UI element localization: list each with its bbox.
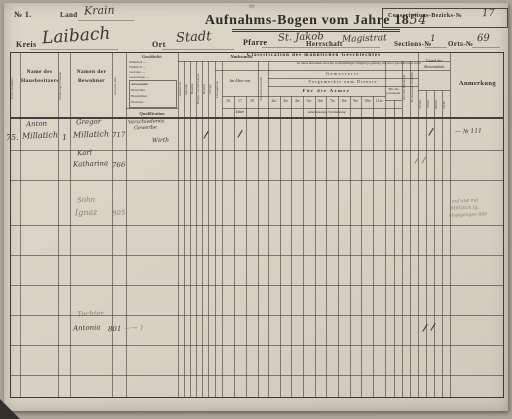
qualbox-title: Geschlecht: (126, 54, 178, 59)
grid-hline (10, 345, 504, 346)
grid-hline (10, 375, 504, 376)
handwriting: 805 (112, 209, 126, 217)
grid-vline (442, 90, 443, 398)
rotated-column-label: Wann (427, 92, 433, 116)
grid-vline (246, 96, 247, 398)
klasse-cell: 9te (350, 98, 362, 103)
grid-hline (162, 49, 234, 50)
qualbox-footer: Qualification (126, 108, 178, 116)
rotated-column-label: Fortl. Nummer (11, 62, 19, 116)
handwriting: 717 (112, 131, 126, 139)
klasse-cell: 2te (268, 98, 280, 103)
handwriting: Gewerbe (134, 125, 157, 132)
handwriting: 1 (62, 133, 67, 142)
ort-label: Ort (152, 40, 166, 49)
klasse-cell: 5te (303, 98, 315, 103)
handwriting: Millatich Ig. (451, 206, 479, 212)
handwriting: 766 (112, 161, 126, 169)
conscription-value: 17 (482, 8, 495, 19)
subtable-row: Hausmütter (131, 94, 174, 98)
qualification-box: Geschlecht: Männlich — Weiblich — Getrau… (126, 52, 178, 118)
grid-vline (350, 96, 351, 398)
grid-hline (78, 20, 134, 21)
handwriting: auf und mit (452, 199, 478, 205)
grid-vline (234, 96, 235, 398)
col-header-anmerkung: Anmerkung (450, 80, 505, 87)
grid-vline (291, 96, 292, 398)
grid-hline (425, 47, 447, 48)
photo-corner (0, 399, 20, 419)
land-value: Krain (84, 3, 115, 17)
klasse-cell: 6te (315, 98, 327, 103)
rotated-column-label: Schutzverwandte (260, 62, 267, 116)
rotated-column-label: Geistliche (179, 62, 184, 116)
ort-value: Stadt (176, 29, 212, 46)
herrschaft-value: Magistrat (342, 33, 387, 45)
col-header-bewohner: Namen der Bewohner (71, 68, 112, 87)
handwriting: Millatich (73, 129, 109, 139)
grid-vline (280, 96, 281, 398)
grid-hline (385, 100, 402, 101)
rotated-column-label: Wohin (419, 92, 425, 116)
conscription-label: Conscriptions-Bezirks-№ (388, 13, 462, 19)
grid-vline (361, 96, 362, 398)
col-header-grund-abwesenheit: Grund der Abwesenheit (418, 58, 450, 71)
grid-hline (472, 47, 500, 48)
subtable-row: Einzelne (131, 100, 174, 104)
kreis-label: Kreis (16, 40, 37, 49)
grid-vline (434, 90, 435, 398)
klasse-cell: 3te (280, 98, 292, 103)
grid-vline (326, 96, 327, 398)
grid-hline (418, 90, 450, 91)
col-header-hausbesitzer: Name des Hausbesitzers (21, 68, 58, 87)
grid-vline (385, 61, 386, 398)
handwriting: Antonia (73, 324, 101, 333)
rotated-column-label: Übrige (209, 62, 214, 116)
klasse-cell: 10te (362, 98, 374, 103)
subtable-row: Hausväter (131, 88, 174, 92)
rotated-column-label: Beamte (191, 62, 196, 116)
orts-number-value: 69 (477, 33, 490, 44)
nachwuchs-age-cells: 161718 (222, 98, 258, 103)
scanned-document: № 1. Land Krain Aufnahms-Bogen vom Jahre… (0, 0, 512, 419)
handwriting: Wirth (152, 137, 169, 145)
handwriting: ~·~ ) (124, 324, 143, 333)
age-cell: 18 (246, 98, 258, 103)
qualbox-row: Weiblich — (129, 65, 175, 69)
handwriting: 801 (108, 325, 122, 333)
handwriting: Tochter (77, 310, 104, 319)
handwriting: Gregor (76, 118, 101, 127)
grid-hline (10, 225, 504, 226)
klasse-cell: 4te (291, 98, 303, 103)
handwriting: Sohn (77, 196, 95, 205)
qualbox-row: Männlich — (129, 60, 175, 64)
subtable-header: Anwesende (131, 82, 174, 86)
col-header-vorgemerkte: Vorgemerkte zum Dienste (268, 79, 418, 84)
rotated-column-label: Weibl. (443, 92, 449, 116)
nachwuchs-jahre: Jahre (222, 109, 258, 114)
grid-hline (10, 255, 504, 256)
grid-vline (373, 96, 374, 398)
sections-value: 1 (430, 34, 436, 44)
form-number: № 1. (14, 10, 32, 19)
grid-vline (338, 96, 339, 398)
klasse-cell: 11te (373, 98, 385, 103)
land-label: Land (60, 11, 78, 19)
grid-vline (315, 96, 316, 398)
qualbox-row: Gestorbene — (129, 75, 175, 79)
grid-vline (303, 96, 304, 398)
grid-hline (10, 180, 504, 181)
grid-hline (30, 49, 118, 50)
age-cell: 17 (234, 98, 246, 103)
nachwuchs-im-alter: Im Alter von (222, 78, 258, 83)
handwriting: Millatich (22, 130, 58, 140)
klasse-cell: 8te (338, 98, 350, 103)
armee-klassen-cells: 2te3te4te5te6te7te8te9te10te11te (268, 98, 385, 103)
col-header-nachwuchs: Nachwuchs (215, 54, 268, 59)
handwriting: Katharina (73, 159, 108, 168)
rotated-column-label: Untaugliche (216, 62, 221, 116)
rotated-column-label: Zur See Dienende (403, 58, 409, 116)
qualbox-subtable: Anwesende Hausväter Hausmütter Einzelne (129, 80, 177, 108)
title-text: Aufnahms-Bogen vom Jahre 18 (205, 13, 410, 28)
handwriting: Karl (77, 149, 92, 158)
grid-hline (222, 96, 385, 97)
grid-vline (394, 100, 395, 398)
rotated-column-label: Geburts-Jahr (114, 56, 124, 116)
grid-vline (258, 61, 259, 398)
handwriting: — № 111 (455, 128, 482, 136)
col-header-armee: Für die Armee (268, 88, 385, 93)
rotated-column-label: Adelige (185, 62, 190, 116)
rotated-column-label: Bürger, Gewerbsleute (197, 62, 202, 116)
qualbox-row: Getraute — (129, 70, 175, 74)
altersklassen-strip: Altersklassige Vormerkung (268, 110, 385, 114)
col-header-landwehr: Für die Landwehr (385, 87, 402, 95)
age-cell: 16 (222, 98, 234, 103)
rotated-column-label: Bauern (203, 62, 208, 116)
handwriting: 75. (6, 133, 19, 142)
pfarre-label: Pfarre (243, 38, 267, 47)
col-header-gemusterte: Gemusterte (268, 71, 418, 76)
grid-hline (10, 285, 504, 286)
handwriting: ≈ (248, 2, 256, 12)
grid-hline (262, 47, 380, 48)
handwriting: Ignaz (75, 208, 98, 218)
rotated-column-label: Männl. (435, 92, 441, 116)
rotated-column-label: Ersatzweise Gestellte (411, 58, 417, 116)
rotated-column-label: Wohnungs-Nummer (59, 56, 69, 116)
handwriting: Anton (26, 120, 47, 129)
klasse-cell: 7te (327, 98, 339, 103)
orts-number-label: Orts-№ (448, 40, 473, 48)
